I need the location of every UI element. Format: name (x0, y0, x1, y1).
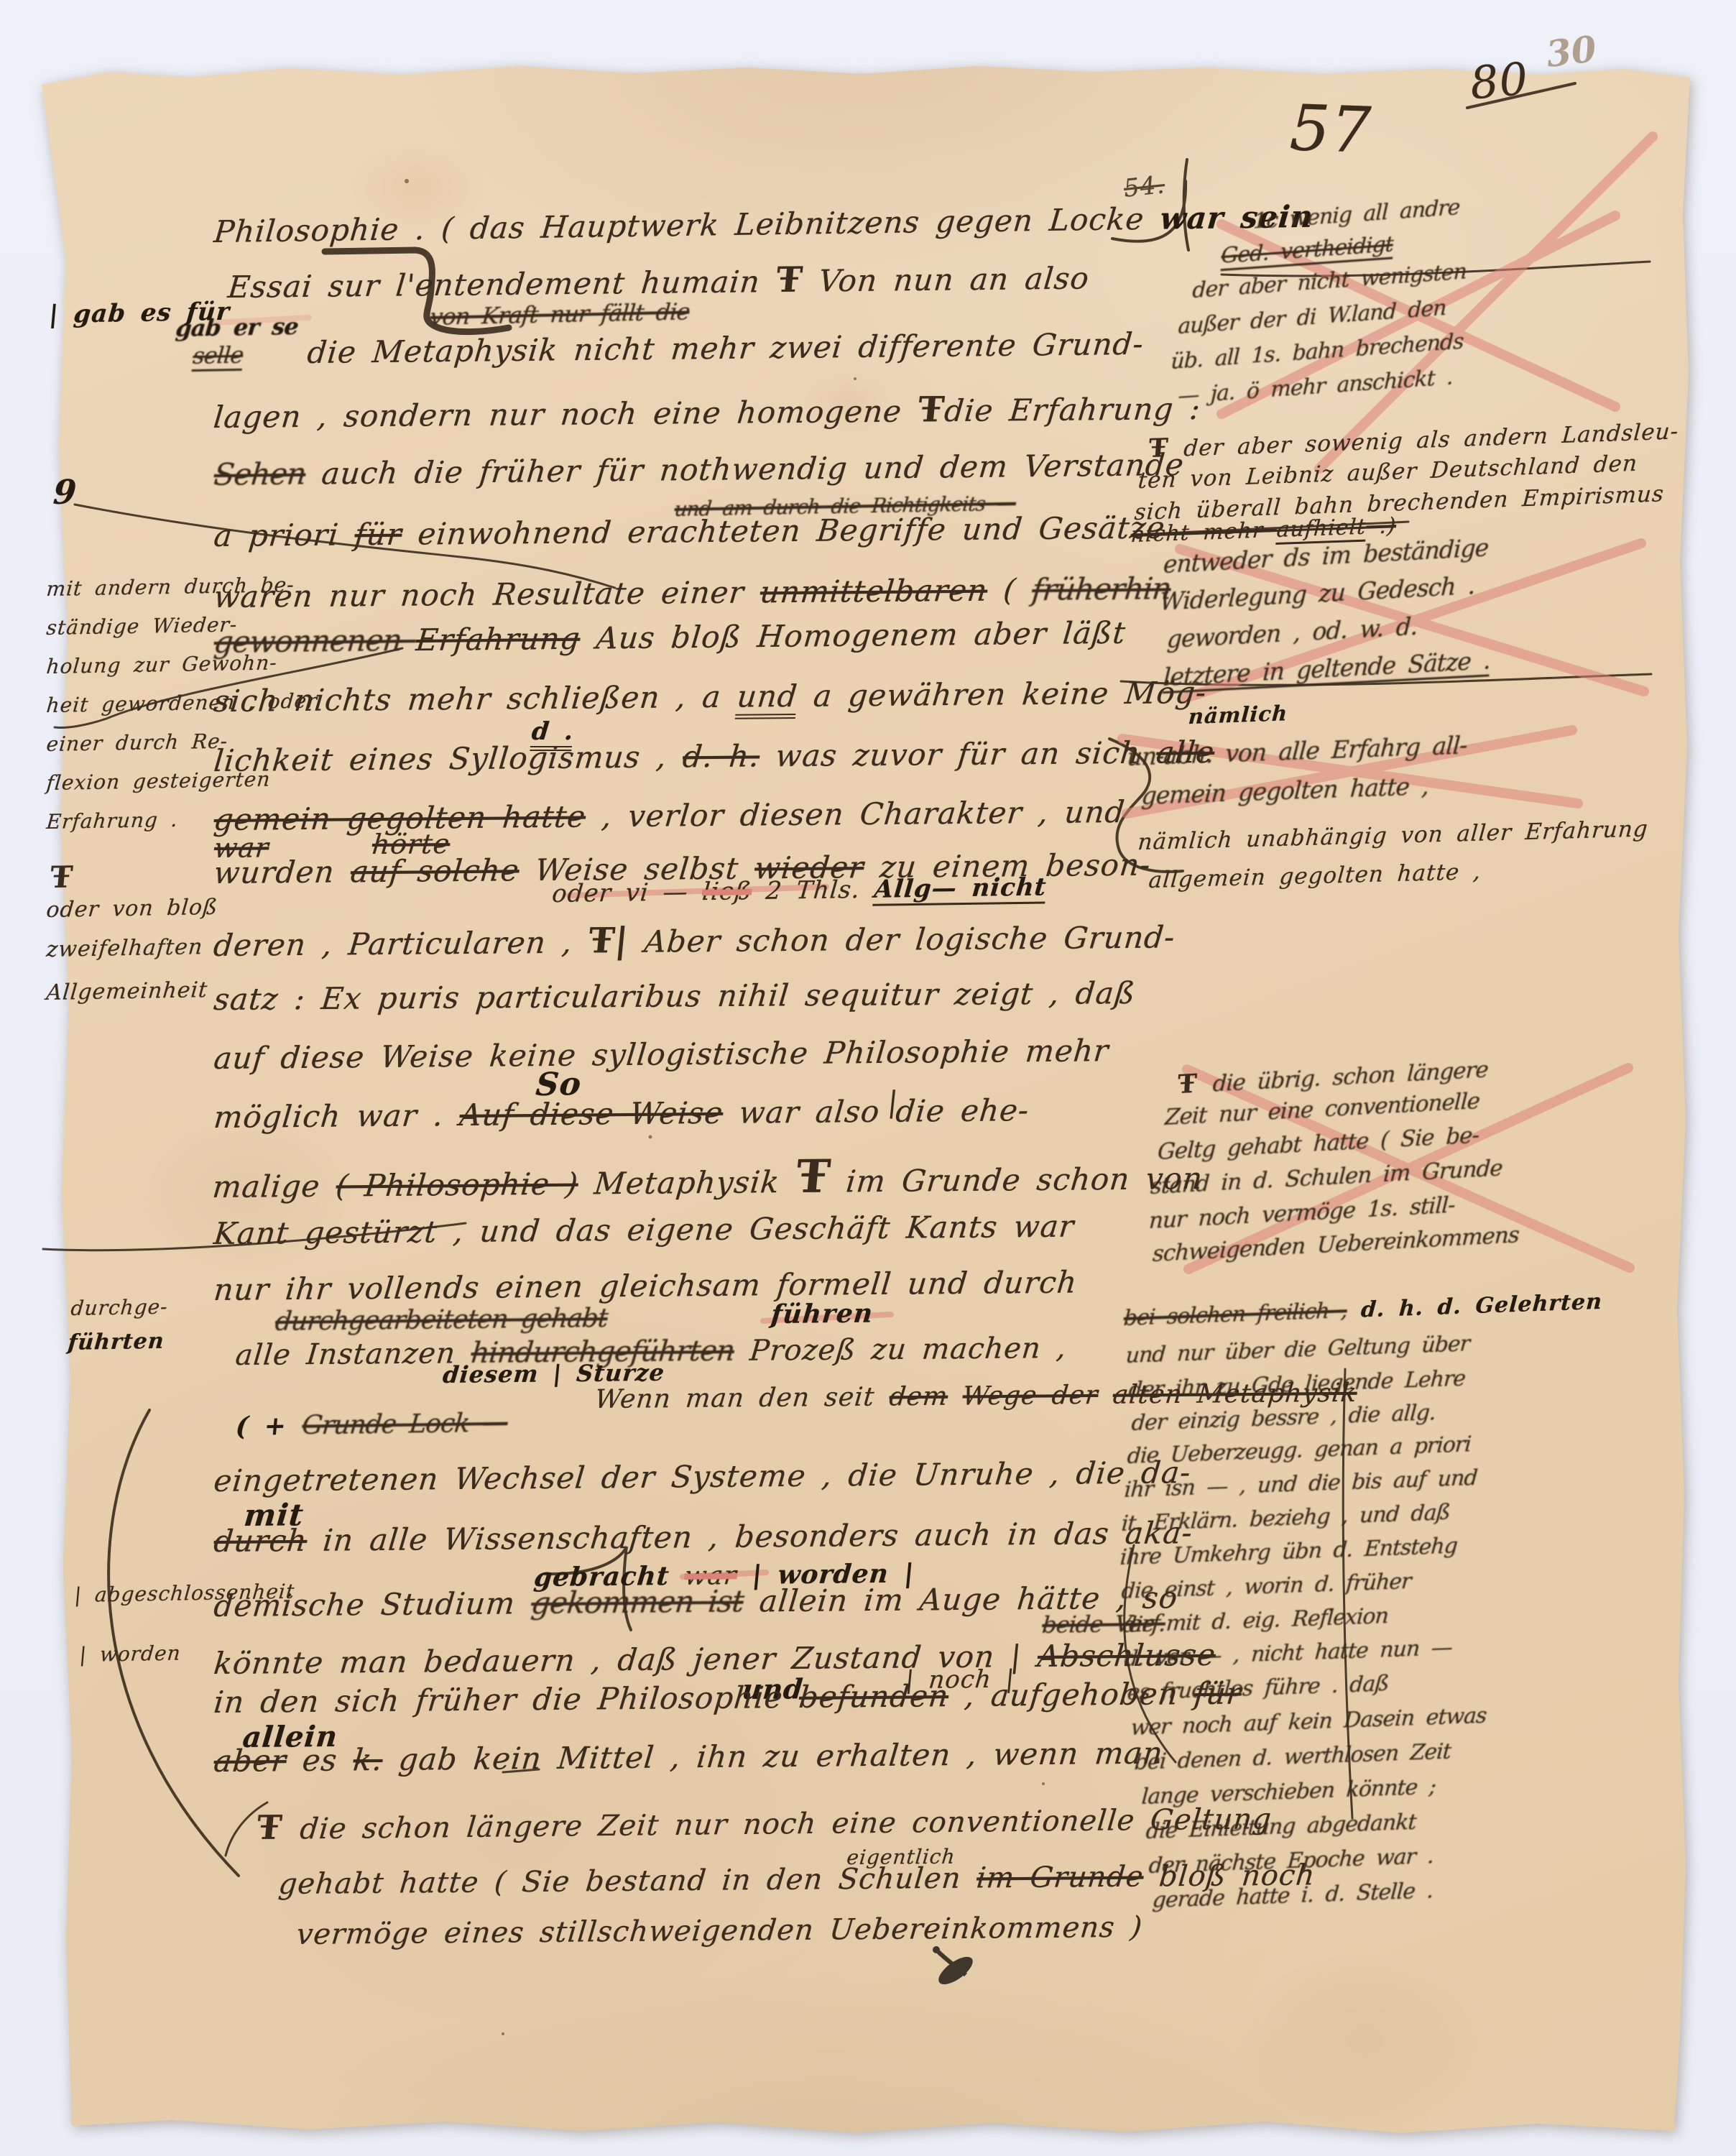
page-number-pencil-corner: 30 (1544, 27, 1599, 75)
handwritten-line: bei denen d. werthlosen Zeit (1134, 1740, 1451, 1774)
handwritten-line: Ged. vertheidigt (1221, 232, 1393, 268)
handwritten-line: 9 (52, 474, 78, 511)
page-number-old-struck: 54. (1122, 170, 1166, 203)
handwriting-layer: Philosophie . ( das Hauptwerk Leibnitzen… (0, 0, 1736, 2156)
handwritten-line: durchge- (70, 1296, 169, 1320)
page-number-crossed-out: 80 (1468, 52, 1530, 110)
handwritten-line: | gab es für (48, 299, 231, 329)
handwritten-line: Ŧ (49, 860, 75, 893)
handwritten-line: lange verschieben könnte ; (1141, 1775, 1436, 1809)
handwritten-line: diesem | Sturze (442, 1360, 666, 1388)
handwritten-line: ( + Grunde Lock — (234, 1409, 509, 1442)
handwritten-line: eingetretenen Wechsel der Systeme , die … (213, 1456, 1193, 1498)
handwritten-line: deren , Particularen , Ŧ| Aber schon der… (212, 917, 1177, 964)
handwritten-line: ständige Wieder- (45, 614, 238, 639)
handwritten-line: die einst , worin d. früher (1121, 1570, 1412, 1603)
handwritten-line: einer durch Re- (45, 731, 228, 756)
handwritten-line: lagen , sondern nur noch eine homogene Ŧ… (212, 389, 1203, 436)
handwritten-line: flexion gesteigerten (45, 769, 271, 795)
handwritten-line: — ja. ö mehr anschickt . (1178, 365, 1453, 408)
handwritten-line: Allgemeinheit (45, 978, 209, 1005)
handwritten-line: nämlich unabhängig von aller Erfahrung (1137, 816, 1649, 854)
handwritten-line: lichkeit eines Syllogismus , d. h. was z… (213, 736, 1216, 778)
handwritten-line: sich nichts mehr schließen , a und a gew… (213, 676, 1209, 718)
handwritten-line: vermöge eines stillschweigenden Ueberein… (295, 1912, 1144, 1950)
handwritten-line: durch in alle Wissenschaften , besonders… (213, 1516, 1194, 1558)
handwritten-line: Widerlegung zu Gedesch . (1159, 573, 1475, 615)
handwritten-line: demische Studium gekommen ist allein im … (213, 1581, 1180, 1623)
page-number-current: 57 (1288, 91, 1373, 167)
handwritten-line: letztere in geltende Sätze . (1163, 648, 1491, 691)
handwritten-line: oder vi — ließ 2 Thls. Allg— nicht (551, 874, 1048, 908)
handwritten-line: gewonnenen Erfahrung Aus bloß Homogenem … (213, 617, 1127, 660)
scanned-manuscript-page: 57 80 30 54. Philosophie . ( das Hauptwe… (0, 0, 1736, 2156)
handwritten-line: bei solchen freilich , d. h. d. Gelehrte… (1123, 1290, 1603, 1330)
handwritten-line: oder von bloß (45, 895, 219, 922)
handwritten-line: nämlich (1188, 702, 1288, 729)
handwritten-line: die Metaphysik nicht mehr zwei different… (306, 328, 1145, 369)
handwritten-line: waren nur noch Resultate einer unmittelb… (213, 572, 1173, 614)
handwritten-line: | abgeschlossenheit (73, 1581, 295, 1607)
handwritten-line: | worden (78, 1643, 182, 1667)
handwritten-line: führen (770, 1300, 874, 1330)
handwritten-line: zweifelhaften (45, 935, 204, 962)
handwritten-line: in den sich früher die Philosophie befun… (213, 1677, 1243, 1720)
handwritten-line: Erfahrung . (45, 809, 179, 834)
handwritten-line: die Ueberzeugg. genan a priori (1127, 1432, 1472, 1468)
handwritten-line: und nur über die Geltung über (1125, 1332, 1471, 1368)
handwritten-line: Sehen auch die früher für nothwendig und… (213, 448, 1186, 492)
handwritten-line: der ihr zu Gde liegende Lehre (1128, 1367, 1467, 1402)
handwritten-line: aber es k. gab kein Mittel , ihn zu erha… (213, 1736, 1165, 1778)
handwritten-line: auf diese Weise keine syllogistische Phi… (213, 1034, 1111, 1075)
handwritten-line: satz : Ex puris particularibus nihil seq… (212, 977, 1137, 1016)
handwritten-line: nur ihr vollends einen gleichsam formell… (213, 1266, 1079, 1307)
handwritten-line: führten (67, 1330, 165, 1355)
handwritten-line: durchgearbeiteten gehabt (274, 1304, 609, 1336)
handwritten-line: selle (192, 343, 244, 369)
handwritten-line: Ŧ die schon längere Zeit nur noch eine c… (255, 1799, 1273, 1846)
handwritten-line: Philosophie . ( das Hauptwerk Leibnitzen… (213, 201, 1315, 249)
handwritten-line: der nächste Epoche war . (1148, 1844, 1435, 1878)
handwritten-line: it. Erklärn. beziehg , und daß (1121, 1501, 1451, 1536)
handwritten-line: Kant gestürzt , und das eigene Geschäft … (213, 1210, 1076, 1251)
handwritten-line: von Kraft nur fällt die (429, 299, 691, 330)
handwritten-line: mit andern durch be- (45, 574, 295, 601)
handwritten-line: möglich war . Auf diese Weise war also d… (213, 1094, 1031, 1134)
handwritten-line: gemein gegolten hatte , (1140, 773, 1429, 809)
handwritten-line: geworden , od. w. d. (1166, 614, 1418, 653)
handwritten-line: allgemein gegolten hatte , (1148, 860, 1482, 893)
handwritten-line: könnte man bedauern , daß jener Zustand … (213, 1639, 1218, 1680)
handwritten-line: gemein gegolten hatte , verlor diesen Ch… (213, 796, 1127, 837)
handwritten-line: holung zur Gewohn- (45, 652, 278, 678)
handwritten-line: heit gewordenen , oder (45, 690, 318, 717)
handwritten-line: malige ( Philosophie ) Metaphysik Ŧ im G… (211, 1148, 1206, 1207)
